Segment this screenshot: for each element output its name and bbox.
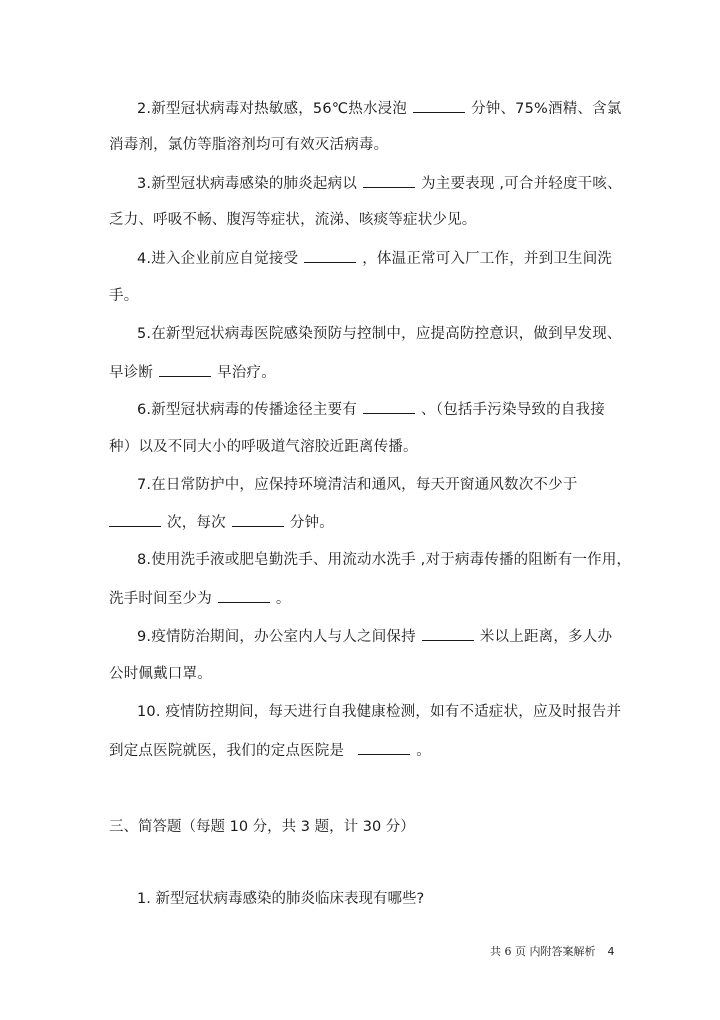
fill-blank-item-7-line2: 次，每次分钟。 (109, 512, 334, 533)
answer-blank[interactable] (413, 98, 465, 113)
answer-blank[interactable] (232, 512, 284, 527)
answer-blank[interactable] (422, 626, 474, 641)
answer-blank[interactable] (218, 588, 270, 603)
short-answer-question-1: 1. 新型冠状病毒感染的肺炎临床表现有哪些? (137, 889, 424, 909)
item-text: 4.进入企业前应自觉接受 (137, 251, 298, 267)
fill-blank-item-6-line2: 种）以及不同大小的呼吸道气溶胶近距离传播。 (109, 437, 418, 457)
fill-blank-item-5-line1: 5.在新型冠状病毒医院感染预防与控制中，应提高防控意识，做到早发现、 (137, 324, 622, 344)
item-text: ，体温正常可入厂工作，并到卫生间洗 (362, 251, 612, 267)
answer-blank[interactable] (159, 362, 211, 377)
item-text: 洗手时间至少为 (109, 591, 212, 607)
fill-blank-item-4-line1: 4.进入企业前应自觉接受，体温正常可入厂工作，并到卫生间洗 (137, 248, 612, 269)
fill-blank-item-3-line1: 3.新型冠状病毒感染的肺炎起病以为主要表现 ,可合并轻度干咳、 (137, 173, 622, 194)
item-text: 6.新型冠状病毒的传播途径主要有 (137, 402, 357, 418)
fill-blank-item-4-line2: 手。 (109, 286, 138, 306)
answer-blank[interactable] (363, 173, 415, 188)
item-text: 米以上距离，多人办 (480, 629, 612, 645)
fill-blank-item-2-line1: 2.新型冠状病毒对热敏感，56℃热水浸泡分钟、75%酒精、含氯 (137, 98, 622, 119)
section-heading-short-answer: 三、简答题（每题 10 分，共 3 题，计 30 分） (109, 817, 415, 837)
fill-blank-item-10-line1: 10. 疫情防控期间，每天进行自我健康检测，如有不适症状，应及时报告并 (137, 702, 621, 722)
fill-blank-item-2-line2: 消毒剂，氯仿等脂溶剂均可有效灭活病毒。 (109, 135, 388, 155)
page-number: 4 (608, 945, 615, 958)
item-text: 、（包括手污染导致的自我接 (421, 402, 605, 418)
footer-text: 共 6 页 内附答案解析 (490, 945, 596, 958)
answer-blank[interactable] (109, 512, 161, 527)
fill-blank-item-7-line1: 7.在日常防护中，应保持环境清洁和通风，每天开窗通风数次不少于 (137, 475, 578, 495)
fill-blank-item-9-line1: 9.疫情防治期间，办公室内人与人之间保持米以上距离，多人办 (137, 626, 612, 647)
item-text: 9.疫情防治期间，办公室内人与人之间保持 (137, 629, 416, 645)
page-footer: 共 6 页 内附答案解析4 (490, 944, 615, 960)
fill-blank-item-10-line2: 到定点医院就医，我们的定点医院是。 (109, 740, 431, 761)
fill-blank-item-5-line2: 早诊断早治疗。 (109, 362, 276, 383)
item-text: 次，每次 (167, 515, 226, 531)
item-text: 2.新型冠状病毒对热敏感，56℃热水浸泡 (137, 101, 407, 117)
item-text: 。 (276, 591, 291, 607)
item-text: 为主要表现 ,可合并轻度干咳、 (421, 176, 622, 192)
answer-blank[interactable] (304, 248, 356, 263)
answer-blank[interactable] (363, 399, 415, 414)
item-text: 3.新型冠状病毒感染的肺炎起病以 (137, 176, 357, 192)
item-text: 早诊断 (109, 365, 153, 381)
item-text: 早治疗。 (217, 365, 276, 381)
fill-blank-item-9-line2: 公时佩戴口罩。 (109, 664, 212, 684)
fill-blank-item-6-line1: 6.新型冠状病毒的传播途径主要有、（包括手污染导致的自我接 (137, 399, 605, 420)
fill-blank-item-8-line2: 洗手时间至少为。 (109, 588, 291, 609)
item-text: 。 (416, 743, 431, 759)
item-text: 到定点医院就医，我们的定点医院是 (109, 743, 344, 759)
item-text: 分钟。 (290, 515, 334, 531)
fill-blank-item-3-line2: 乏力、呼吸不畅、腹泻等症状，流涕、咳痰等症状少见。 (109, 210, 477, 230)
fill-blank-item-8-line1: 8.使用洗手液或肥皂勤洗手、用流动水洗手 ,对于病毒传播的阻断有一作用， (137, 550, 631, 570)
item-text: 分钟、75%酒精、含氯 (471, 101, 621, 117)
answer-blank[interactable] (358, 740, 410, 755)
